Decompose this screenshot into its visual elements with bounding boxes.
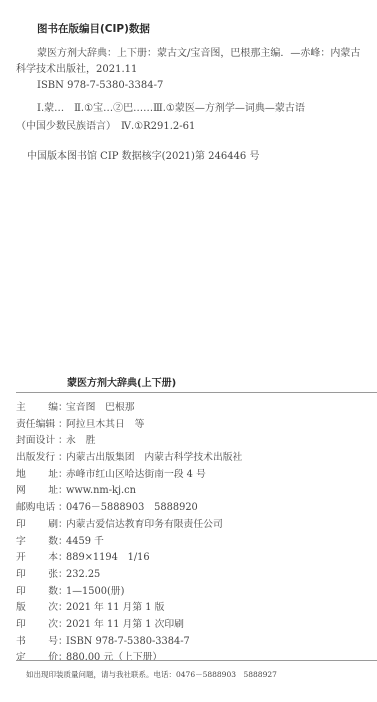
row-label-part: 主: [16, 400, 26, 417]
row-label-part: 次: [48, 617, 58, 634]
row-colon: ：: [58, 467, 66, 484]
row-colon: ：: [58, 450, 66, 467]
row-colon: ：: [58, 600, 66, 617]
row-label-part: 定: [16, 650, 26, 667]
bottom-divider: [16, 660, 377, 661]
colophon-row: 网址：www.nm-kj.cn: [16, 483, 242, 500]
row-label: 印数: [16, 584, 58, 601]
row-value: 0476－5888903 5888920: [66, 500, 198, 517]
row-value: 2021 年 11 月第 1 版: [66, 600, 164, 617]
row-label-part: 印: [16, 567, 26, 584]
row-label: 开本: [16, 550, 58, 567]
top-divider: [16, 392, 377, 393]
row-label-part: 封面设计: [16, 433, 55, 450]
row-label-part: 出版发行: [16, 450, 55, 467]
colophon-row: 书号：ISBN 978-7-5380-3384-7: [16, 634, 242, 651]
row-label-part: 版: [16, 600, 26, 617]
row-value: 1—1500(册): [66, 584, 124, 601]
book-title: 蒙医方剂大辞典(上下册): [67, 374, 176, 389]
cip-entry-line-2: 科学技术出版社，2021.11: [16, 62, 137, 78]
row-label: 字数: [16, 534, 58, 551]
cip-isbn: ISBN 978-7-5380-3384-7: [37, 78, 163, 94]
row-value: 永 胜: [66, 433, 95, 450]
row-colon: ：: [58, 617, 66, 634]
colophon-row: 印张：232.25: [16, 567, 242, 584]
colophon-row: 印数：1—1500(册): [16, 584, 242, 601]
row-value: ISBN 978-7-5380-3384-7: [66, 634, 190, 651]
row-label-part: 刷: [48, 517, 58, 534]
row-label-part: 书: [16, 634, 26, 651]
colophon-row: 责任编辑：阿拉旦木其日 等: [16, 417, 242, 434]
row-label-part: 本: [48, 550, 58, 567]
row-value: 阿拉旦木其日 等: [66, 417, 144, 434]
cip-number: 中国版本图书馆 CIP 数据核字(2021)第 246446 号: [27, 149, 259, 165]
row-value: 889×1194 1/16: [66, 550, 150, 567]
row-label-part: 印: [16, 617, 26, 634]
row-label-part: 数: [48, 584, 58, 601]
colophon-row: 定价：880.00 元（上下册）: [16, 650, 242, 667]
row-label: 网址: [16, 483, 58, 500]
row-label: 出版发行: [16, 450, 58, 467]
row-label: 封面设计: [16, 433, 58, 450]
row-value: 宝音图 巴根那: [66, 400, 135, 417]
row-label: 印次: [16, 617, 58, 634]
cip-classification-line-2: （中国少数民族语言） Ⅳ.①R291.2-61: [16, 119, 195, 135]
row-label-part: 址: [48, 467, 58, 484]
row-colon: ：: [58, 500, 66, 517]
colophon-row: 地址：赤峰市红山区哈达街南一段 4 号: [16, 467, 242, 484]
row-label-part: 印: [16, 584, 26, 601]
row-colon: ：: [58, 417, 66, 434]
row-label-part: 开: [16, 550, 26, 567]
row-colon: ：: [58, 584, 66, 601]
colophon-row: 主编：宝音图 巴根那: [16, 400, 242, 417]
row-label: 地址: [16, 467, 58, 484]
colophon-row: 封面设计：永 胜: [16, 433, 242, 450]
row-label-part: 邮购电话: [16, 500, 55, 517]
colophon-row: 开本：889×1194 1/16: [16, 550, 242, 567]
colophon-row: 字数：4459 千: [16, 534, 242, 551]
row-value: 880.00 元（上下册）: [66, 650, 162, 667]
row-colon: ：: [58, 400, 66, 417]
row-value: 内蒙古爱信达教育印务有限责任公司: [66, 517, 223, 534]
row-label: 邮购电话: [16, 500, 58, 517]
row-label-part: 次: [48, 600, 58, 617]
footer-note: 如出现印装质量问题，请与我社联系。电话：0476－5888903 5888927: [26, 669, 277, 680]
row-label: 书号: [16, 634, 58, 651]
row-colon: ：: [58, 517, 66, 534]
row-label-part: 印: [16, 517, 26, 534]
colophon-row: 印次：2021 年 11 月第 1 次印刷: [16, 617, 242, 634]
row-label: 版次: [16, 600, 58, 617]
row-colon: ：: [58, 650, 66, 667]
row-colon: ：: [58, 550, 66, 567]
colophon-row: 邮购电话：0476－5888903 5888920: [16, 500, 242, 517]
row-colon: ：: [58, 634, 66, 651]
row-colon: ：: [58, 567, 66, 584]
row-colon: ：: [58, 483, 66, 500]
row-label-part: 址: [48, 483, 58, 500]
row-label: 印刷: [16, 517, 58, 534]
row-label-part: 字: [16, 534, 26, 551]
row-value: 4459 千: [66, 534, 104, 551]
row-value: 2021 年 11 月第 1 次印刷: [66, 617, 184, 634]
colophon-table: 主编：宝音图 巴根那责任编辑：阿拉旦木其日 等封面设计：永 胜出版发行：内蒙古出…: [16, 400, 242, 667]
colophon-row: 版次：2021 年 11 月第 1 版: [16, 600, 242, 617]
row-label: 主编: [16, 400, 58, 417]
row-colon: ：: [58, 433, 66, 450]
row-value: 赤峰市红山区哈达街南一段 4 号: [66, 467, 206, 484]
cip-entry-line-1: 蒙医方剂大辞典：上下册：蒙古文/宝音图，巴根那主编．—赤峰：内蒙古: [37, 46, 360, 62]
row-value: 232.25: [66, 567, 100, 584]
row-label-part: 地: [16, 467, 26, 484]
colophon-row: 出版发行：内蒙古出版集团 内蒙古科学技术出版社: [16, 450, 242, 467]
cip-heading: 图书在版编目(CIP)数据: [37, 21, 150, 36]
row-label-part: 编: [48, 400, 58, 417]
row-label: 责任编辑: [16, 417, 58, 434]
row-label-part: 责任编辑: [16, 417, 55, 434]
row-label-part: 张: [48, 567, 58, 584]
row-value: 内蒙古出版集团 内蒙古科学技术出版社: [66, 450, 242, 467]
row-label: 定价: [16, 650, 58, 667]
cip-classification-line-1: Ⅰ.蒙… Ⅱ.①宝…②巴……Ⅲ.①蒙医—方剂学—词典—蒙古语: [37, 101, 305, 117]
colophon-row: 印刷：内蒙古爱信达教育印务有限责任公司: [16, 517, 242, 534]
row-value: www.nm-kj.cn: [66, 483, 136, 500]
row-label: 印张: [16, 567, 58, 584]
row-colon: ：: [58, 534, 66, 551]
row-label-part: 价: [48, 650, 58, 667]
row-label-part: 数: [48, 534, 58, 551]
row-label-part: 号: [48, 634, 58, 651]
row-label-part: 网: [16, 483, 26, 500]
